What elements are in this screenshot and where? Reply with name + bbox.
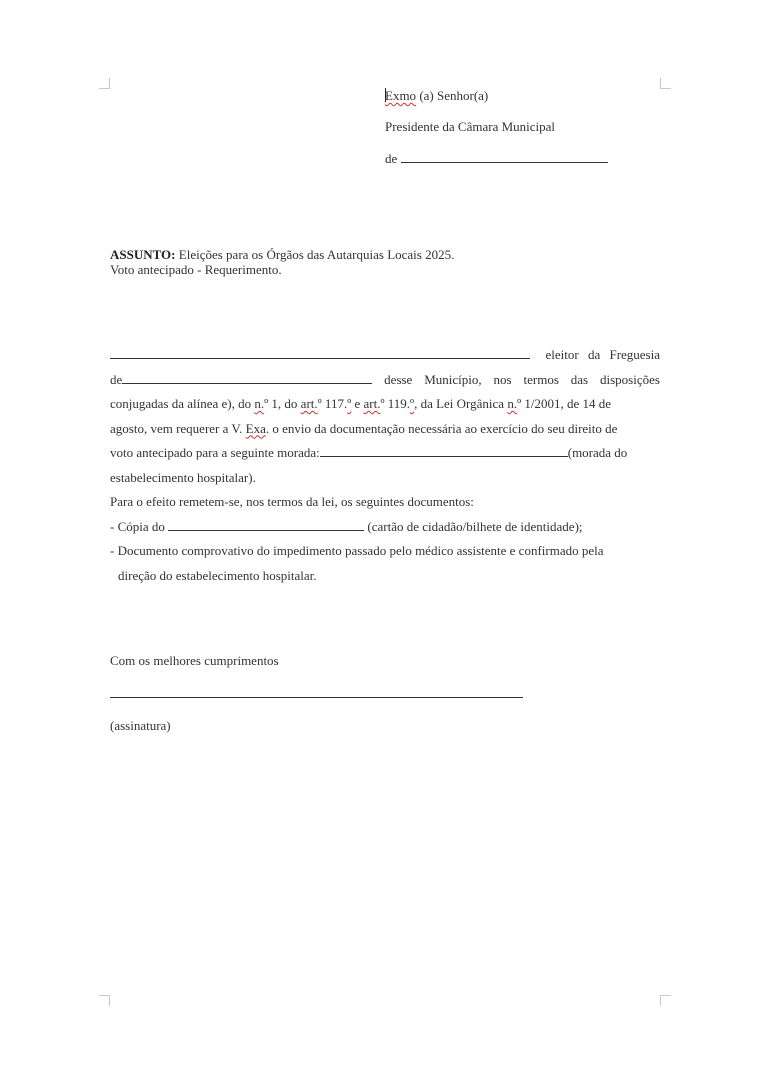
document-list-item: - Documento comprovativo do impedimento … xyxy=(110,539,660,564)
margin-corner-bottom-left xyxy=(99,995,110,1006)
misspelled-word[interactable]: Exmo xyxy=(385,88,416,103)
recipient-block[interactable]: Exmo (a) Senhor(a) Presidente da Câmara … xyxy=(385,88,608,181)
signature-line[interactable] xyxy=(110,697,523,698)
document-type-blank[interactable] xyxy=(168,518,364,531)
subject-label: ASSUNTO: xyxy=(110,247,176,262)
body-line: Para o efeito remetem-se, nos termos da … xyxy=(110,490,660,515)
hospital-address-blank[interactable] xyxy=(320,444,568,457)
body-line: estabelecimento hospitalar). xyxy=(110,466,660,491)
subject-subtitle: Voto antecipado - Requerimento. xyxy=(110,262,454,277)
document-list-item: - Cópia do (cartão de cidadão/bilhete de… xyxy=(110,515,660,540)
margin-corner-top-right xyxy=(660,78,671,89)
body-line: voto antecipado para a seguinte morada:(… xyxy=(110,441,660,466)
closing-greeting: Com os melhores cumprimentos xyxy=(110,653,279,669)
margin-corner-bottom-right xyxy=(660,995,671,1006)
margin-corner-top-left xyxy=(99,78,110,89)
recipient-line-1[interactable]: Exmo (a) Senhor(a) xyxy=(385,88,608,104)
recipient-line-2[interactable]: Presidente da Câmara Municipal xyxy=(385,119,608,135)
municipality-blank[interactable] xyxy=(401,150,608,163)
voter-name-blank[interactable] xyxy=(110,346,530,359)
recipient-line-3[interactable]: de xyxy=(385,150,608,166)
body-line: de desse Município, nos termos das dispo… xyxy=(110,368,660,393)
document-page: Exmo (a) Senhor(a) Presidente da Câmara … xyxy=(0,0,767,1080)
subject-title: Eleições para os Órgãos das Autarquias L… xyxy=(176,247,455,262)
body-line: eleitor da Freguesia xyxy=(110,343,660,368)
body-line: conjugadas da alínea e), do n.º 1, do ar… xyxy=(110,392,660,417)
signature-caption: (assinatura) xyxy=(110,718,171,734)
request-body[interactable]: eleitor da Freguesia de desse Município,… xyxy=(110,343,660,588)
parish-blank[interactable] xyxy=(122,371,372,384)
document-list-item-continued: direção do estabelecimento hospitalar. xyxy=(110,564,660,589)
body-line: agosto, vem requerer a V. Exa. o envio d… xyxy=(110,417,660,442)
subject-block[interactable]: ASSUNTO: Eleições para os Órgãos das Aut… xyxy=(110,247,454,277)
